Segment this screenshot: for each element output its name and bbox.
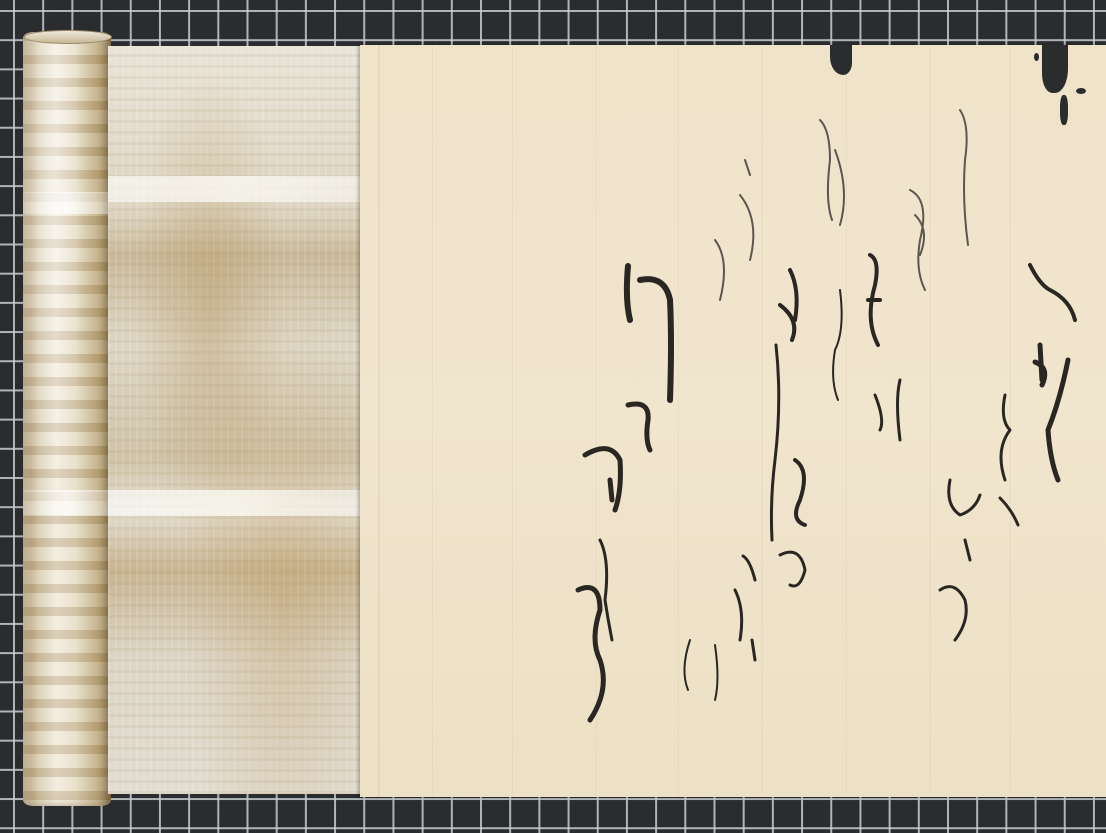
kana-stroke (1030, 265, 1075, 320)
calligraphy-ink (0, 0, 1106, 833)
scroll-photograph: Japanese handscroll (emakimono) partiall… (0, 0, 1106, 833)
